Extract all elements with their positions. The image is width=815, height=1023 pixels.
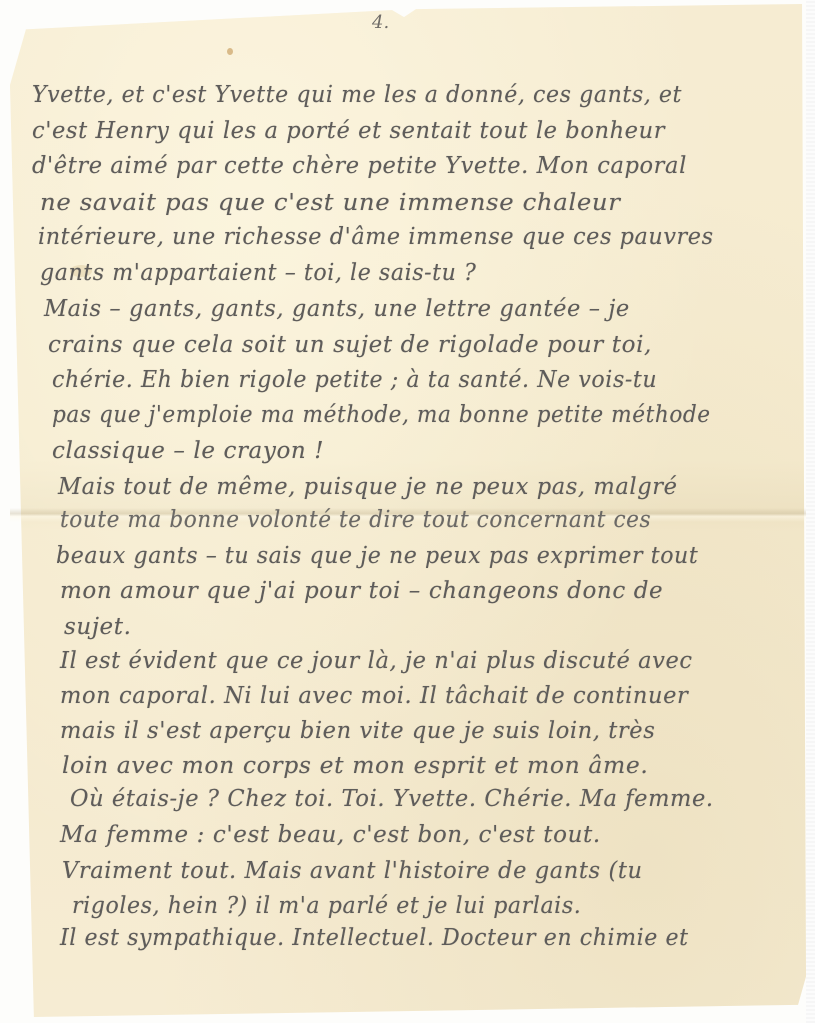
handwritten-line: loin avec mon corps et mon esprit et mon… [62, 753, 648, 779]
handwritten-line: Où étais-je ? Chez toi. Toi. Yvette. Ché… [70, 786, 714, 812]
handwritten-line: Mais – gants, gants, gants, une lettre g… [44, 296, 630, 322]
handwritten-line: classique – le crayon ! [52, 438, 324, 464]
handwritten-line: intérieure, une richesse d'âme immense q… [38, 224, 714, 250]
page-number: 4. [372, 12, 389, 33]
scanner-edge [806, 0, 815, 1023]
handwritten-line: Mais tout de même, puisque je ne peux pa… [58, 474, 677, 500]
handwritten-line: gants m'appartaient – toi, le sais-tu ? [40, 260, 476, 286]
handwritten-line: Yvette, et c'est Yvette qui me les a don… [32, 82, 682, 108]
handwritten-line: d'être aimé par cette chère petite Yvett… [32, 153, 687, 179]
handwritten-line: crains que cela soit un sujet de rigolad… [48, 332, 652, 358]
handwritten-line: toute ma bonne volonté te dire tout conc… [60, 507, 651, 533]
handwritten-line: Il est sympathique. Intellectuel. Docteu… [60, 925, 689, 951]
handwritten-line: pas que j'emploie ma méthode, ma bonne p… [52, 402, 711, 428]
handwritten-line: rigoles, hein ?) il m'a parlé et je lui … [72, 893, 581, 919]
handwritten-line: mais il s'est aperçu bien vite que je su… [60, 718, 655, 744]
handwritten-line: ne savait pas que c'est une immense chal… [40, 190, 621, 216]
handwritten-line: Vraiment tout. Mais avant l'histoire de … [62, 858, 643, 884]
handwritten-line: c'est Henry qui les a porté et sentait t… [32, 118, 665, 144]
handwritten-line: mon amour que j'ai pour toi – changeons … [60, 578, 663, 604]
foxing-spot [227, 48, 233, 55]
handwritten-line: chérie. Eh bien rigole petite ; à ta san… [52, 367, 657, 393]
handwritten-line: mon caporal. Ni lui avec moi. Il tâchait… [60, 683, 688, 709]
handwritten-line: Ma femme : c'est beau, c'est bon, c'est … [60, 822, 601, 848]
handwritten-line: sujet. [64, 614, 132, 640]
handwritten-line: beaux gants – tu sais que je ne peux pas… [56, 543, 698, 569]
scanned-letter-page: 4. Yvette, et c'est Yvette qui me les a … [0, 0, 815, 1023]
handwritten-line: Il est évident que ce jour là, je n'ai p… [60, 648, 693, 674]
